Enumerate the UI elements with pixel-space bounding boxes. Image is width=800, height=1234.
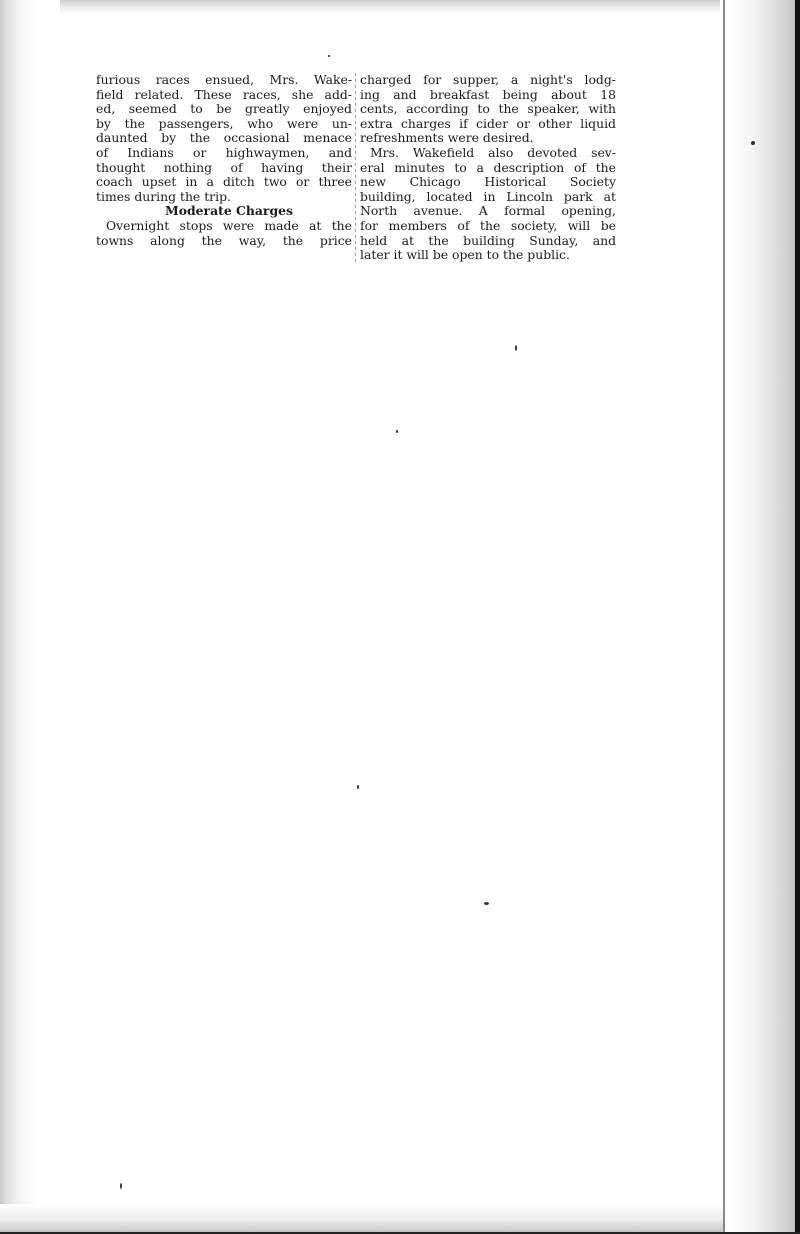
text-line: ing and breakfast being about 18 [360, 88, 616, 103]
text-line: coach upset in a ditch two or three [96, 175, 352, 190]
text-line: for members of the society, will be [360, 219, 616, 234]
text-line: Overnight stops were made at the [96, 219, 352, 234]
scan-speck [328, 55, 330, 57]
text-line: cents, according to the speaker, with [360, 102, 616, 117]
text-line: times during the trip. [96, 190, 352, 205]
text-line: new Chicago Historical Society [360, 175, 616, 190]
text-line: charged for supper, a night's lodg- [360, 73, 616, 88]
text-line: held at the building Sunday, and [360, 234, 616, 249]
text-line: daunted by the occasional menace [96, 131, 352, 146]
scan-speck [120, 1183, 122, 1189]
text-line: later it will be open to the public. [360, 248, 616, 263]
text-line: field related. These races, she add- [96, 88, 352, 103]
text-line: extra charges if cider or other liquid [360, 117, 616, 132]
scan-speck [396, 430, 398, 433]
scan-speck [357, 785, 359, 789]
column-divider [355, 73, 356, 263]
text-line: of Indians or highwaymen, and [96, 146, 352, 161]
text-line: building, located in Lincoln park at [360, 190, 616, 205]
scan-speck [484, 902, 489, 905]
article-column-right: charged for supper, a night's lodg- ing … [360, 73, 616, 263]
text-line: towns along the way, the price [96, 234, 352, 249]
text-line: North avenue. A formal opening, [360, 204, 616, 219]
section-subheading: Moderate Charges [96, 204, 352, 219]
scan-speck [751, 141, 755, 145]
text-line: furious races ensued, Mrs. Wake- [96, 73, 352, 88]
text-line: refreshments were desired. [360, 131, 616, 146]
text-line: by the passengers, who were un- [96, 117, 352, 132]
scan-speck [515, 345, 517, 351]
scan-border-right [795, 0, 800, 1234]
article-column-left: furious races ensued, Mrs. Wake- field r… [96, 73, 352, 248]
text-line: eral minutes to a description of the [360, 161, 616, 176]
scanned-page: furious races ensued, Mrs. Wake- field r… [0, 0, 800, 1234]
adjacent-page-strip [725, 0, 800, 1234]
text-line: ed, seemed to be greatly enjoyed [96, 102, 352, 117]
scan-edge-left [0, 0, 60, 1234]
text-line: thought nothing of having their [96, 161, 352, 176]
scan-edge-top [0, 0, 720, 14]
text-line: Mrs. Wakefield also devoted sev- [360, 146, 616, 161]
scan-edge-bottom [0, 1204, 800, 1234]
